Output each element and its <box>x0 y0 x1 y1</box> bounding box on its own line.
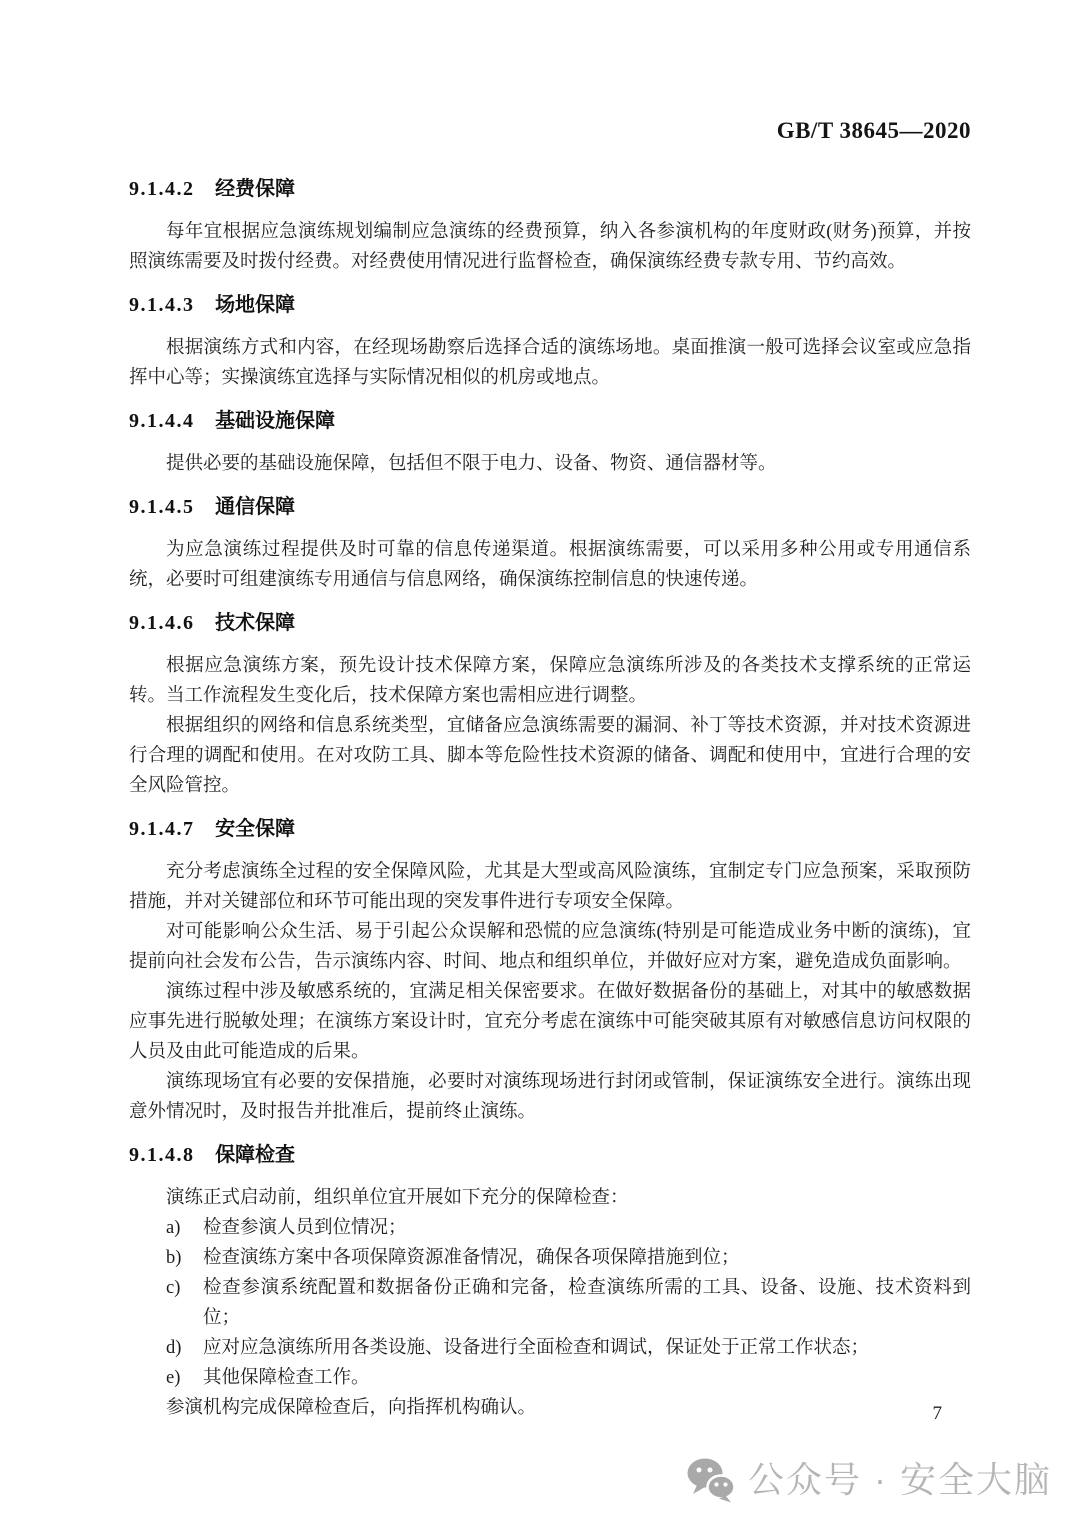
list-item-text: 检查参演系统配置和数据备份正确和完备，检查演练所需的工具、设备、设施、技术资料到… <box>203 1273 971 1333</box>
intro-paragraph: 演练正式启动前，组织单位宜开展如下充分的保障检查： <box>129 1183 971 1213</box>
section-title: 通信保障 <box>215 496 295 518</box>
section-title: 基础设施保障 <box>215 410 335 432</box>
list-item-text: 检查演练方案中各项保障资源准备情况，确保各项保障措施到位； <box>203 1243 740 1273</box>
paragraph: 对可能影响公众生活、易于引起公众误解和恐慌的应急演练(特别是可能造成业务中断的演… <box>129 917 971 977</box>
section-heading: 9.1.4.4 基础设施保障 <box>129 406 971 436</box>
section-heading: 9.1.4.2 经费保障 <box>129 174 971 204</box>
section-9-1-4-2: 9.1.4.2 经费保障 每年宜根据应急演练规划编制应急演练的经费预算，纳入各参… <box>129 174 971 277</box>
watermark: 公众号 · 安全大脑 <box>686 1456 1052 1504</box>
list-item-label: b) <box>166 1243 203 1273</box>
section-number: 9.1.4.3 <box>129 294 195 316</box>
list-item-text: 检查参演人员到位情况； <box>203 1213 407 1243</box>
paragraph: 根据应急演练方案，预先设计技术保障方案，保障应急演练所涉及的各类技术支撑系统的正… <box>129 651 971 711</box>
list-item-text: 应对应急演练所用各类设施、设备进行全面检查和调试，保证处于正常工作状态； <box>203 1333 869 1363</box>
document-page: GB/T 38645—2020 9.1.4.2 经费保障 每年宜根据应急演练规划… <box>0 0 1080 1528</box>
list-item-label: d) <box>166 1333 203 1363</box>
section-title: 安全保障 <box>215 818 295 840</box>
section-9-1-4-6: 9.1.4.6 技术保障 根据应急演练方案，预先设计技术保障方案，保障应急演练所… <box>129 608 971 801</box>
section-title: 经费保障 <box>215 178 295 200</box>
paragraph: 演练现场宜有必要的安保措施，必要时对演练现场进行封闭或管制，保证演练安全进行。演… <box>129 1067 971 1127</box>
section-title: 场地保障 <box>215 294 295 316</box>
list-item-label: e) <box>166 1363 203 1393</box>
section-9-1-4-3: 9.1.4.3 场地保障 根据演练方式和内容，在经现场勘察后选择合适的演练场地。… <box>129 290 971 393</box>
section-heading: 9.1.4.3 场地保障 <box>129 290 971 320</box>
section-9-1-4-7: 9.1.4.7 安全保障 充分考虑演练全过程的安全保障风险，尤其是大型或高风险演… <box>129 814 971 1127</box>
section-9-1-4-8: 9.1.4.8 保障检查 演练正式启动前，组织单位宜开展如下充分的保障检查： a… <box>129 1140 971 1423</box>
paragraph: 为应急演练过程提供及时可靠的信息传递渠道。根据演练需要，可以采用多种公用或专用通… <box>129 535 971 595</box>
paragraph: 根据演练方式和内容，在经现场勘察后选择合适的演练场地。桌面推演一般可选择会议室或… <box>129 333 971 393</box>
paragraph: 演练过程中涉及敏感系统的，宜满足相关保密要求。在做好数据备份的基础上，对其中的敏… <box>129 977 971 1067</box>
list-item: c) 检查参演系统配置和数据备份正确和完备，检查演练所需的工具、设备、设施、技术… <box>129 1273 971 1333</box>
section-number: 9.1.4.7 <box>129 818 195 840</box>
document-body: 9.1.4.2 经费保障 每年宜根据应急演练规划编制应急演练的经费预算，纳入各参… <box>129 174 971 1423</box>
paragraph: 每年宜根据应急演练规划编制应急演练的经费预算，纳入各参演机构的年度财政(财务)预… <box>129 217 971 277</box>
section-heading: 9.1.4.8 保障检查 <box>129 1140 971 1170</box>
section-number: 9.1.4.5 <box>129 496 195 518</box>
paragraph: 提供必要的基础设施保障，包括但不限于电力、设备、物资、通信器材等。 <box>129 449 971 479</box>
section-heading: 9.1.4.5 通信保障 <box>129 492 971 522</box>
section-number: 9.1.4.6 <box>129 612 195 634</box>
section-title: 保障检查 <box>215 1144 295 1166</box>
list-item: a) 检查参演人员到位情况； <box>129 1213 971 1243</box>
page-content: GB/T 38645—2020 9.1.4.2 经费保障 每年宜根据应急演练规划… <box>129 0 971 1423</box>
section-9-1-4-5: 9.1.4.5 通信保障 为应急演练过程提供及时可靠的信息传递渠道。根据演练需要… <box>129 492 971 595</box>
list-item-label: a) <box>166 1213 203 1243</box>
wechat-icon <box>686 1457 736 1503</box>
guarantee-check-list: a) 检查参演人员到位情况； b) 检查演练方案中各项保障资源准备情况，确保各项… <box>129 1213 971 1393</box>
paragraph: 充分考虑演练全过程的安全保障风险，尤其是大型或高风险演练，宜制定专门应急预案，采… <box>129 857 971 917</box>
list-item-label: c) <box>166 1273 203 1333</box>
paragraph: 根据组织的网络和信息系统类型，宜储备应急演练需要的漏洞、补丁等技术资源，并对技术… <box>129 711 971 801</box>
section-number: 9.1.4.8 <box>129 1144 195 1166</box>
section-heading: 9.1.4.7 安全保障 <box>129 814 971 844</box>
section-number: 9.1.4.4 <box>129 410 195 432</box>
section-title: 技术保障 <box>215 612 295 634</box>
watermark-text: 公众号 · 安全大脑 <box>748 1456 1052 1504</box>
list-item: d) 应对应急演练所用各类设施、设备进行全面检查和调试，保证处于正常工作状态； <box>129 1333 971 1363</box>
list-item: e) 其他保障检查工作。 <box>129 1363 971 1393</box>
standard-number: GB/T 38645—2020 <box>129 116 971 146</box>
section-heading: 9.1.4.6 技术保障 <box>129 608 971 638</box>
list-item: b) 检查演练方案中各项保障资源准备情况，确保各项保障措施到位； <box>129 1243 971 1273</box>
section-9-1-4-4: 9.1.4.4 基础设施保障 提供必要的基础设施保障，包括但不限于电力、设备、物… <box>129 406 971 479</box>
section-number: 9.1.4.2 <box>129 178 195 200</box>
list-item-text: 其他保障检查工作。 <box>203 1363 370 1393</box>
page-number: 7 <box>810 1400 942 1428</box>
